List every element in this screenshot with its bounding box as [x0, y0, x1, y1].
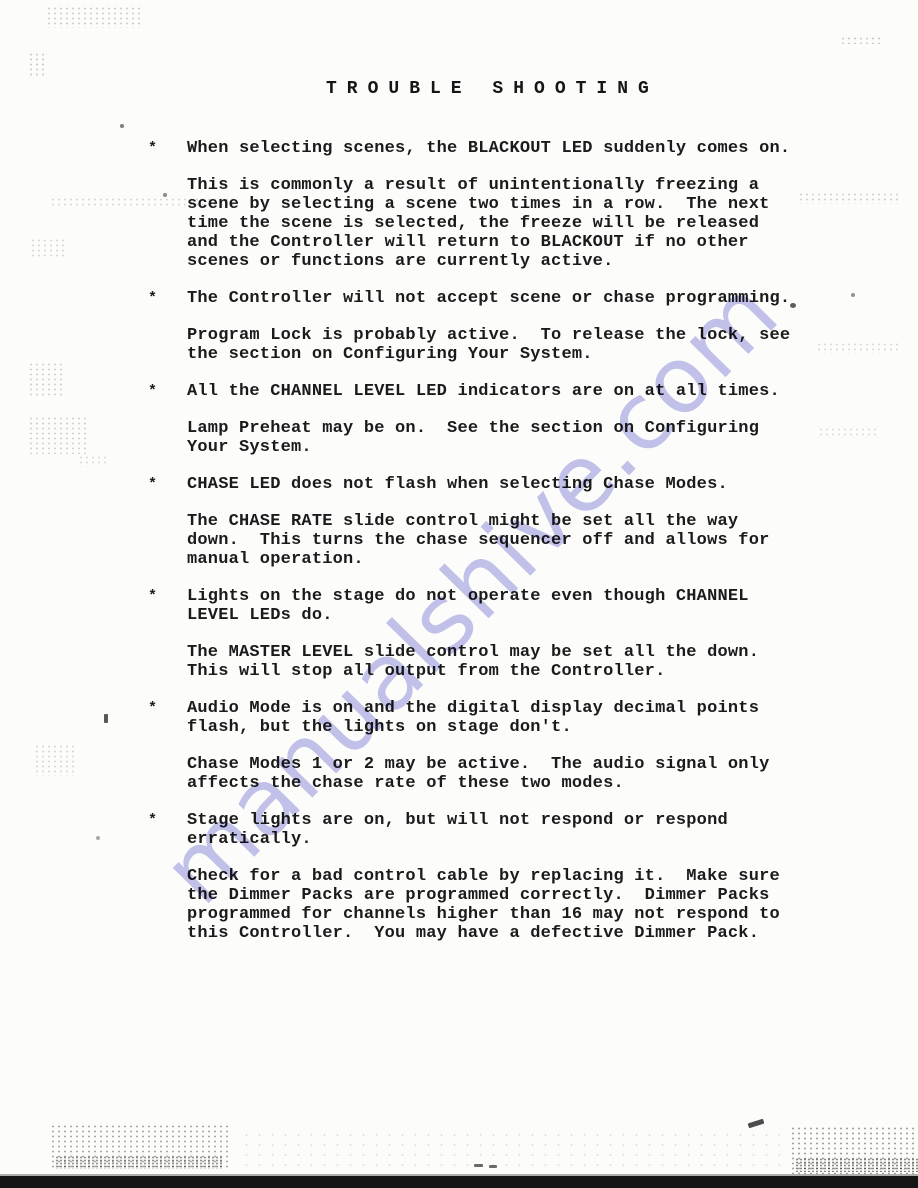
- solution-text: Lamp Preheat may be on. See the section …: [187, 419, 844, 457]
- trouble-item: * Stage lights are on, but will not resp…: [148, 811, 844, 961]
- problem-text: Stage lights are on, but will not respon…: [187, 811, 844, 849]
- scan-noise-dot: [790, 303, 796, 308]
- bullet-asterisk: *: [148, 587, 187, 606]
- trouble-item: * When selecting scenes, the BLACKOUT LE…: [148, 139, 844, 289]
- bullet-asterisk: *: [148, 289, 187, 308]
- problem-text: CHASE LED does not flash when selecting …: [187, 475, 844, 494]
- scan-noise-patch: [78, 455, 110, 467]
- trouble-item: * Audio Mode is on and the digital displ…: [148, 699, 844, 811]
- scan-noise-dot: [120, 124, 124, 128]
- problem-text: All the CHANNEL LEVEL LED indicators are…: [187, 382, 844, 401]
- problem-text: When selecting scenes, the BLACKOUT LED …: [187, 139, 844, 158]
- scan-noise-mark: [489, 1165, 497, 1168]
- problem-text: Audio Mode is on and the digital display…: [187, 699, 844, 737]
- scan-noise-dot: [96, 836, 100, 840]
- solution-text: The CHASE RATE slide control might be se…: [187, 512, 844, 569]
- solution-text: Check for a bad control cable by replaci…: [187, 867, 844, 943]
- scan-noise-patch: [818, 427, 878, 437]
- solution-text: This is commonly a result of unintention…: [187, 176, 844, 271]
- scan-noise-mark: [474, 1164, 483, 1167]
- trouble-item: * Lights on the stage do not operate eve…: [148, 587, 844, 699]
- page-title: TROUBLE SHOOTING: [326, 78, 659, 100]
- scan-noise-patch: [34, 744, 76, 776]
- bullet-asterisk: *: [148, 382, 187, 401]
- scan-noise-patch: [816, 342, 902, 354]
- scan-noise-mark: [748, 1119, 765, 1129]
- scan-noise-patch: [28, 416, 88, 454]
- scan-noise-mark: [104, 714, 108, 723]
- scan-noise-patch: [798, 192, 898, 204]
- trouble-item: * CHASE LED does not flash when selectin…: [148, 475, 844, 587]
- scan-noise-patch: [46, 6, 141, 28]
- solution-text: Program Lock is probably active. To rele…: [187, 326, 844, 364]
- scanned-manual-page: TROUBLE SHOOTING * When selecting scenes…: [0, 0, 918, 1188]
- bullet-asterisk: *: [148, 475, 187, 494]
- scan-noise-patch: [50, 197, 235, 207]
- trouble-item: * All the CHANNEL LEVEL LED indicators a…: [148, 382, 844, 475]
- scan-edge-bar: [0, 1176, 918, 1188]
- bullet-asterisk: *: [148, 811, 187, 830]
- solution-text: The MASTER LEVEL slide control may be se…: [187, 643, 844, 681]
- solution-text: Chase Modes 1 or 2 may be active. The au…: [187, 755, 844, 793]
- scan-noise-patch: [30, 238, 64, 258]
- scan-noise-patch: [28, 52, 46, 78]
- scan-noise-dot: [851, 293, 855, 297]
- problem-text: Lights on the stage do not operate even …: [187, 587, 844, 625]
- scan-noise-band: [240, 1130, 780, 1168]
- scan-noise-patch: [28, 362, 62, 398]
- bullet-asterisk: *: [148, 699, 187, 718]
- bullet-asterisk: *: [148, 139, 187, 158]
- scan-noise-patch: [840, 36, 880, 44]
- troubleshooting-list: * When selecting scenes, the BLACKOUT LE…: [148, 139, 844, 961]
- scan-noise-band: [55, 1156, 223, 1169]
- scan-noise-band: [795, 1158, 918, 1172]
- trouble-item: * The Controller will not accept scene o…: [148, 289, 844, 382]
- problem-text: The Controller will not accept scene or …: [187, 289, 844, 308]
